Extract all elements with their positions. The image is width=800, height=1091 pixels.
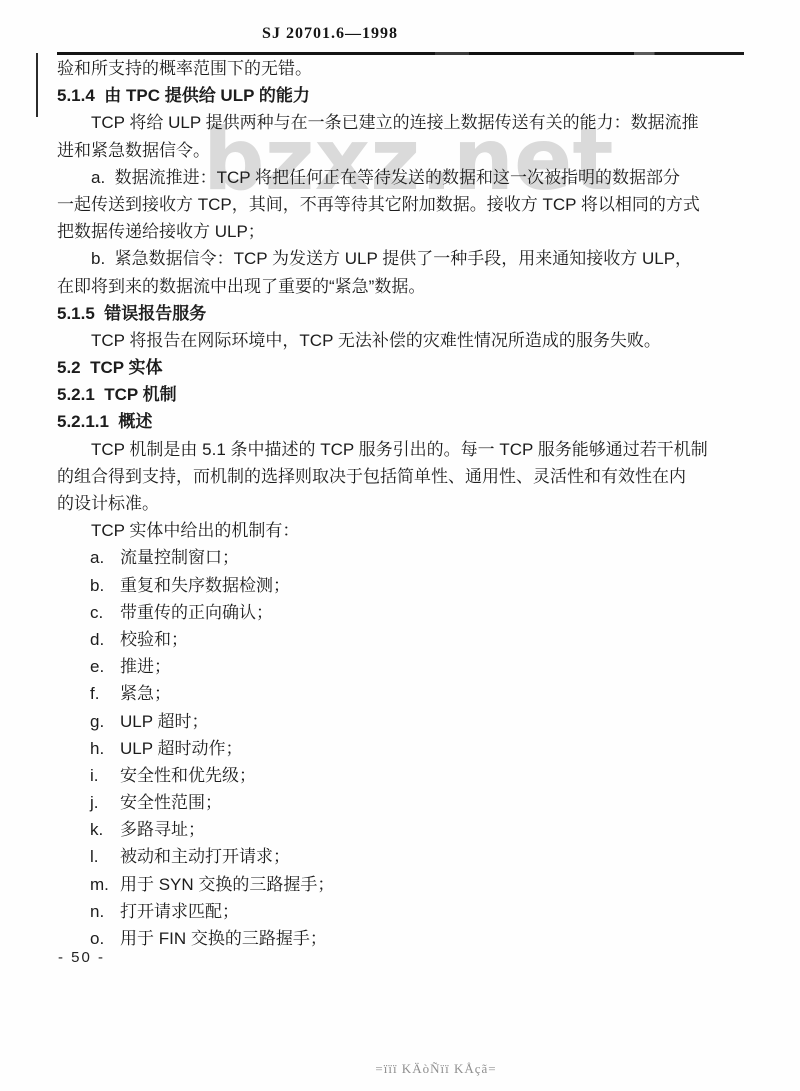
list-item: i.安全性和优先级； <box>57 762 752 789</box>
text-line: 的设计标准。 <box>57 490 752 517</box>
text-line: 在即将到来的数据流中出现了重要的“紧急”数据。 <box>57 273 752 300</box>
list-item: e.推进； <box>57 653 752 680</box>
list-letter: c. <box>90 599 120 626</box>
list-item: j.安全性范围； <box>57 789 752 816</box>
list-text: 多路寻址； <box>120 816 205 843</box>
list-letter: k. <box>90 816 120 843</box>
list-letter: d. <box>90 626 120 653</box>
text-line: TCP 机制是由 5.1 条中描述的 TCP 服务引出的。每一 TCP 服务能够… <box>57 436 752 463</box>
list-item: g.ULP 超时； <box>57 708 752 735</box>
document-page: SJ 20701.6—1998 bzxz.net 验和所支持的概率范围下的无错。… <box>0 0 800 1091</box>
list-letter: g. <box>90 708 120 735</box>
section-heading: 5.2 TCP 实体 <box>57 354 752 381</box>
section-heading: 5.2.1 TCP 机制 <box>57 381 752 408</box>
section-heading: 5.1.4 由 TPC 提供给 ULP 的能力 <box>57 82 752 109</box>
text-line: a. 数据流推进：TCP 将把任何正在等待发送的数据和这一次被指明的数据部分 <box>57 164 752 191</box>
list-text: 校验和； <box>120 626 188 653</box>
list-text: 用于 FIN 交换的三路握手； <box>120 925 327 952</box>
list-text: ULP 超时； <box>120 708 209 735</box>
list-text: 被动和主动打开请求； <box>120 843 290 870</box>
list-letter: h. <box>90 735 120 762</box>
list-letter: j. <box>90 789 120 816</box>
text-line: 把数据传递给接收方 ULP； <box>57 218 752 245</box>
text-line: 一起传送到接收方 TCP，其间，不再等待其它附加数据。接收方 TCP 将以相同的… <box>57 191 752 218</box>
document-body: 验和所支持的概率范围下的无错。5.1.4 由 TPC 提供给 ULP 的能力TC… <box>57 55 752 952</box>
list-item: h.ULP 超时动作； <box>57 735 752 762</box>
list-item: l.被动和主动打开请求； <box>57 843 752 870</box>
text-line: 的组合得到支持，而机制的选择则取决于包括简单性、通用性、灵活性和有效性在内 <box>57 463 752 490</box>
list-item: o.用于 FIN 交换的三路握手； <box>57 925 752 952</box>
list-item: m.用于 SYN 交换的三路握手； <box>57 871 752 898</box>
text-line: TCP 实体中给出的机制有： <box>57 517 752 544</box>
section-heading: 5.1.5 错误报告服务 <box>57 300 752 327</box>
list-text: 安全性范围； <box>120 789 222 816</box>
list-letter: a. <box>90 544 120 571</box>
list-text: 带重传的正向确认； <box>120 599 273 626</box>
list-letter: i. <box>90 762 120 789</box>
list-letter: m. <box>90 871 120 898</box>
list-item: n.打开请求匹配； <box>57 898 752 925</box>
footer-watermark: =ïïï KÄòÑïï KÅçã= <box>0 1061 800 1077</box>
list-text: 重复和失序数据检测； <box>120 572 290 599</box>
list-item: c.带重传的正向确认； <box>57 599 752 626</box>
list-text: 打开请求匹配； <box>120 898 239 925</box>
page-header: SJ 20701.6—1998 <box>0 25 660 43</box>
list-letter: f. <box>90 680 120 707</box>
list-item: b.重复和失序数据检测； <box>57 572 752 599</box>
list-text: 推进； <box>120 653 171 680</box>
text-line: b. 紧急数据信令：TCP 为发送方 ULP 提供了一种手段，用来通知接收方 U… <box>57 245 752 272</box>
list-letter: l. <box>90 843 120 870</box>
scan-artifact-line <box>36 53 38 117</box>
list-letter: n. <box>90 898 120 925</box>
list-letter: b. <box>90 572 120 599</box>
text-line: TCP 将给 ULP 提供两种与在一条已建立的连接上数据传送有关的能力：数据流推 <box>57 109 752 136</box>
list-text: 流量控制窗口； <box>120 544 239 571</box>
text-line: 进和紧急数据信令。 <box>57 137 752 164</box>
list-item: a.流量控制窗口； <box>57 544 752 571</box>
list-text: 安全性和优先级； <box>120 762 256 789</box>
section-heading: 5.2.1.1 概述 <box>57 408 752 435</box>
list-item: k.多路寻址； <box>57 816 752 843</box>
list-letter: e. <box>90 653 120 680</box>
list-item: f.紧急； <box>57 680 752 707</box>
list-text: 用于 SYN 交换的三路握手； <box>120 871 334 898</box>
list-text: 紧急； <box>120 680 171 707</box>
list-text: ULP 超时动作； <box>120 735 243 762</box>
page-number: - 50 - <box>58 949 105 966</box>
text-line: 验和所支持的概率范围下的无错。 <box>57 55 752 82</box>
list-item: d.校验和； <box>57 626 752 653</box>
text-line: TCP 将报告在网际环境中，TCP 无法补偿的灾难性情况所造成的服务失败。 <box>57 327 752 354</box>
